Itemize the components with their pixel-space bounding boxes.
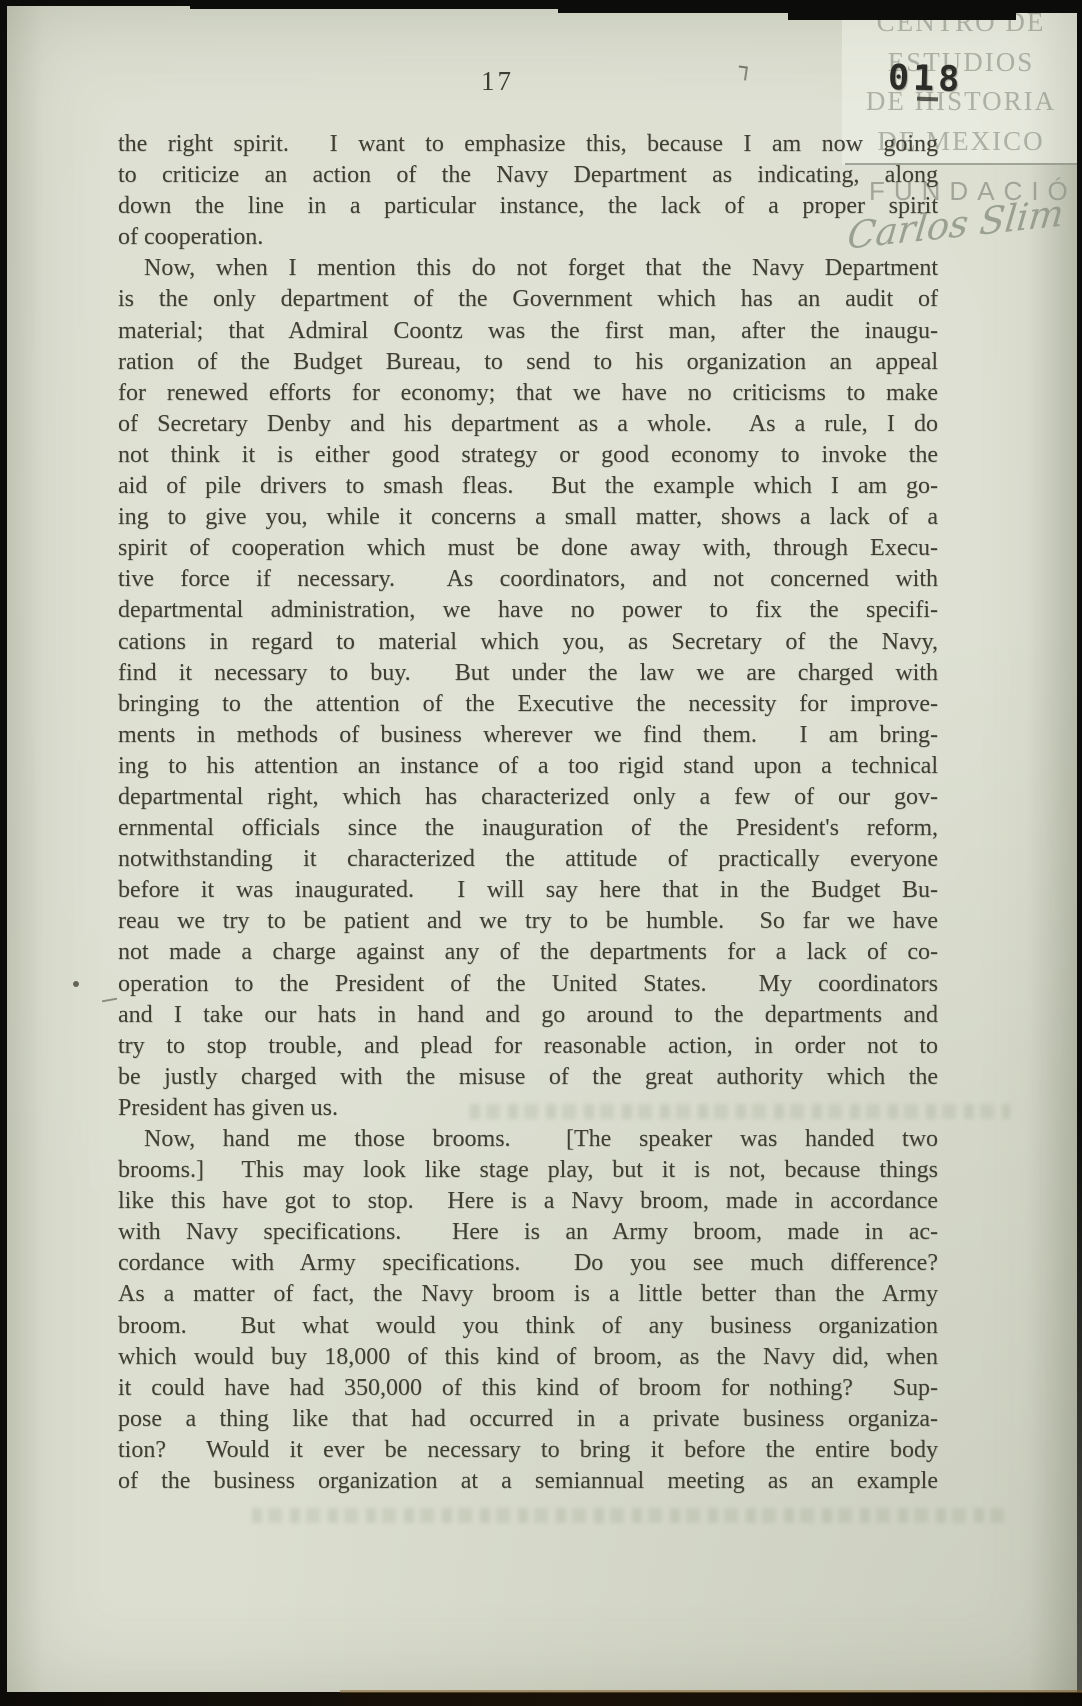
text-line: for renewed efforts for economy; that we…	[118, 378, 938, 409]
page-number: 17	[481, 66, 514, 97]
text-line: material; that Admiral Coontz was the fi…	[118, 316, 938, 347]
text-line: with Navy specifications. Here is an Arm…	[118, 1217, 938, 1248]
text-line: President has given us.	[118, 1093, 938, 1124]
text-line: pose a thing like that had occurred in a…	[118, 1404, 938, 1435]
text-line: Now, hand me those brooms. [The speaker …	[118, 1124, 938, 1155]
scan-edge-top	[788, 0, 1016, 20]
print-speck	[737, 65, 748, 80]
scan-edge-bottom-accent	[340, 1690, 1082, 1693]
text-line: and I take our hats in hand and go aroun…	[118, 1000, 938, 1031]
margin-dash-mark	[102, 998, 117, 1003]
text-line: down the line in a particular instance, …	[118, 191, 938, 222]
margin-dot-mark	[73, 981, 79, 987]
text-line: spirit of cooperation which must be done…	[118, 533, 938, 564]
text-line: departmental right, which has characteri…	[118, 782, 938, 813]
text-line: before it was inaugurated. I will say he…	[118, 875, 938, 906]
verso-showthrough	[252, 1508, 1012, 1523]
text-line: not made a charge against any of the dep…	[118, 937, 938, 968]
text-line: of cooperation.	[118, 222, 938, 253]
scan-edge-left	[0, 0, 7, 1706]
scan-edge-bottom	[0, 1692, 1082, 1706]
text-line: which would buy 18,000 of this kind of b…	[118, 1342, 938, 1373]
text-line: find it necessary to buy. But under the …	[118, 658, 938, 689]
scanned-document-page: CENTRO DE ESTUDIOS DE HISTORIA DE MEXICO…	[0, 0, 1082, 1706]
text-line: notwithstanding it characterized the att…	[118, 844, 938, 875]
archive-stamp-number: 018	[888, 61, 964, 98]
text-line: tive force if necessary. As coordinators…	[118, 564, 938, 595]
text-line: cordance with Army specifications. Do yo…	[118, 1248, 938, 1279]
text-line: reau we try to be patient and we try to …	[118, 906, 938, 937]
text-line: operation to the President of the United…	[118, 969, 938, 1000]
text-line: As a matter of fact, the Navy broom is a…	[118, 1279, 938, 1310]
text-line: like this have got to stop. Here is a Na…	[118, 1186, 938, 1217]
text-line: ments in methods of business wherever we…	[118, 720, 938, 751]
text-line: not think it is either good strategy or …	[118, 440, 938, 471]
text-line: brooms.] This may look like stage play, …	[118, 1155, 938, 1186]
text-line: departmental administration, we have no …	[118, 595, 938, 626]
text-line: of the business organization at a semian…	[118, 1466, 938, 1497]
text-line: the right spirit. I want to emphasize th…	[118, 129, 938, 160]
text-line: bringing to the attention of the Executi…	[118, 689, 938, 720]
text-block: the right spirit. I want to emphasize th…	[118, 129, 938, 1497]
text-line: try to stop trouble, and plead for reaso…	[118, 1031, 938, 1062]
text-line: of Secretary Denby and his department as…	[118, 409, 938, 440]
text-line: ing to give you, while it concerns a sma…	[118, 502, 938, 533]
text-line: tion? Would it ever be necessary to brin…	[118, 1435, 938, 1466]
text-line: ing to his attention an instance of a to…	[118, 751, 938, 782]
scan-edge-right	[1077, 0, 1082, 1706]
text-line: to criticize an action of the Navy Depar…	[118, 160, 938, 191]
archive-stamp-underline	[917, 97, 938, 102]
text-line: be justly charged with the misuse of the…	[118, 1062, 938, 1093]
text-line: ernmental officials since the inaugurati…	[118, 813, 938, 844]
text-line: it could have had 350,000 of this kind o…	[118, 1373, 938, 1404]
text-line: cations in regard to material which you,…	[118, 627, 938, 658]
text-line: ration of the Budget Bureau, to send to …	[118, 347, 938, 378]
text-line: broom. But what would you think of any b…	[118, 1311, 938, 1342]
text-line: aid of pile drivers to smash fleas. But …	[118, 471, 938, 502]
text-line: is the only department of the Government…	[118, 284, 938, 315]
text-line: Now, when I mention this do not forget t…	[118, 253, 938, 284]
